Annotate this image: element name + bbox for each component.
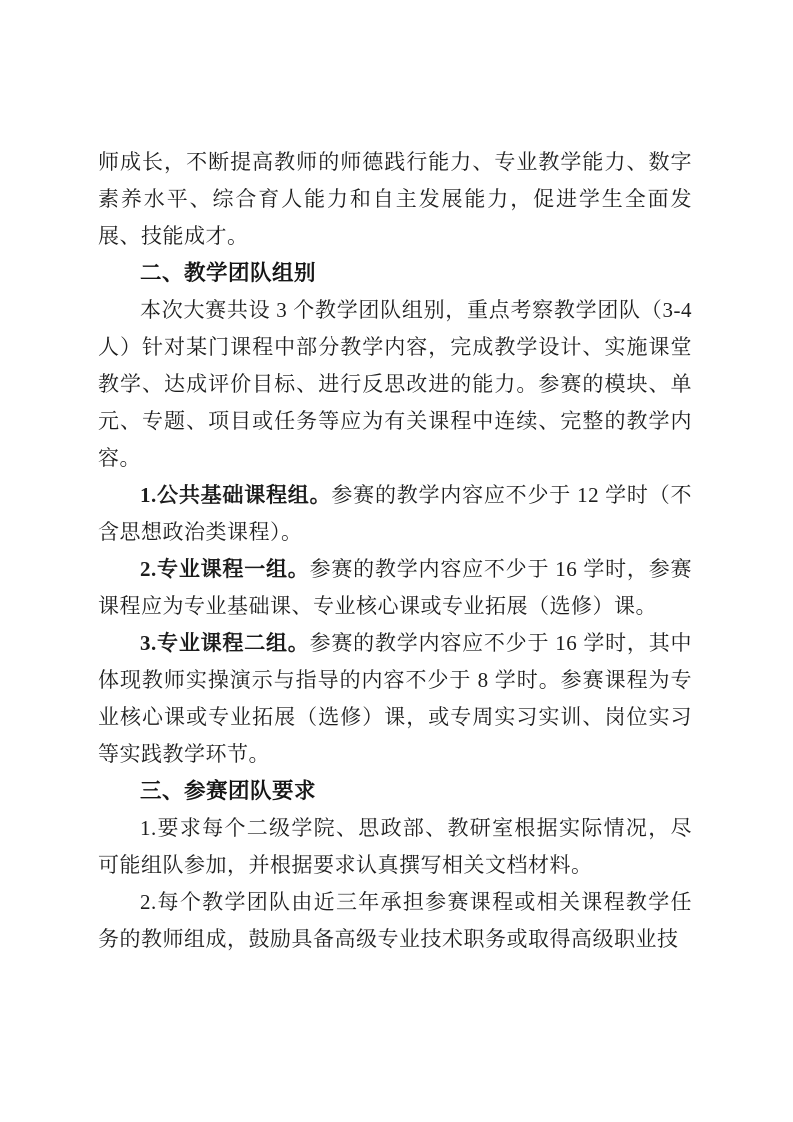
group-3-label: 3.专业课程二组。 xyxy=(140,631,310,655)
section-heading-team-requirements: 三、参赛团队要求 xyxy=(98,773,692,810)
group-2-label: 2.专业课程一组。 xyxy=(140,557,310,581)
paragraph-requirement-1: 1.要求每个二级学院、思政部、教研室根据实际情况，尽可能组队参加，并根据要求认真… xyxy=(98,810,692,884)
section-heading-team-groups: 二、教学团队组别 xyxy=(98,255,692,292)
paragraph-groups-overview: 本次大赛共设 3 个教学团队组别，重点考察教学团队（3-4 人）针对某门课程中部… xyxy=(98,292,692,477)
paragraph-intro-continuation: 师成长，不断提高教师的师德践行能力、专业教学能力、数字素养水平、综合育人能力和自… xyxy=(98,144,692,255)
document-page: 师成长，不断提高教师的师德践行能力、专业教学能力、数字素养水平、综合育人能力和自… xyxy=(0,0,793,1122)
paragraph-group-2: 2.专业课程一组。参赛的教学内容应不少于 16 学时，参赛课程应为专业基础课、专… xyxy=(98,551,692,625)
paragraph-group-1: 1.公共基础课程组。参赛的教学内容应不少于 12 学时（不含思想政治类课程）。 xyxy=(98,477,692,551)
paragraph-group-3: 3.专业课程二组。参赛的教学内容应不少于 16 学时，其中体现教师实操演示与指导… xyxy=(98,625,692,773)
group-1-label: 1.公共基础课程组。 xyxy=(140,483,331,507)
document-content: 师成长，不断提高教师的师德践行能力、专业教学能力、数字素养水平、综合育人能力和自… xyxy=(98,144,692,958)
paragraph-requirement-2: 2.每个教学团队由近三年承担参赛课程或相关课程教学任务的教师组成，鼓励具备高级专… xyxy=(98,884,692,958)
